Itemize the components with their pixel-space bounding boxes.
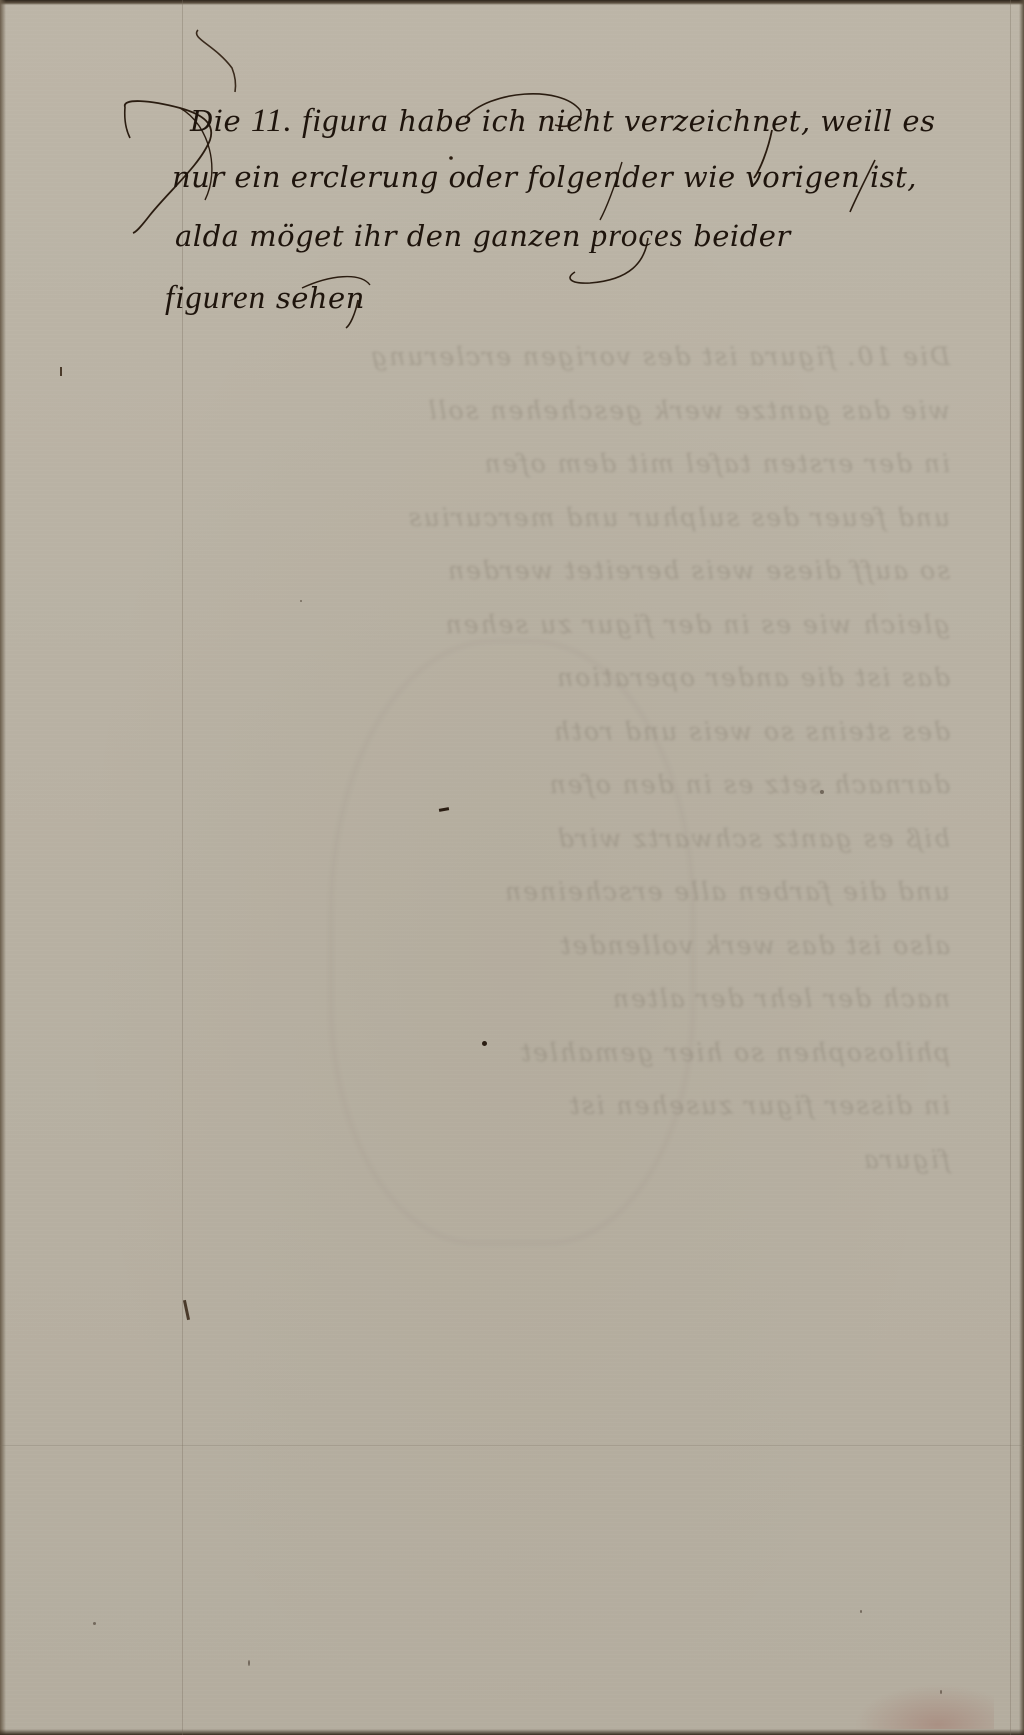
text-line-2: nur ein erclerung oder folgender wie vor… [172,160,917,194]
manuscript-page: Die 10. figura ist des vorigen erclerung… [0,0,1024,1735]
ink-mark [60,367,62,376]
text-line-1: Die 11. figura habe ich nicht verzeichne… [190,103,935,140]
text-line-3: alda möget ihr den ganzen proces beider [175,218,791,255]
paper-speck [860,1610,862,1613]
paper-speck [300,600,302,602]
text-segment: sehen [266,281,365,315]
paper-speck [248,1660,250,1666]
handwritten-text: Die 11. figura habe ich nicht verzeichne… [0,0,1024,1735]
text-segment-latin: figuren [165,280,266,316]
text-segment-latin: proces [591,218,684,254]
ink-dot [482,1041,487,1046]
text-segment: nur ein erclerung oder folgender wie vor… [172,160,917,194]
text-segment: Die [190,104,251,138]
paper-speck [820,790,824,794]
text-segment: alda möget ihr den ganzen [175,219,591,253]
text-segment: habe ich nicht verzeichnet, weill es [389,104,936,138]
text-segment-latin: 11. figura [251,103,389,139]
text-segment: beider [683,219,790,253]
text-line-4: figuren sehen [165,280,365,317]
reddish-stain [854,1684,994,1729]
paper-speck [93,1622,96,1625]
